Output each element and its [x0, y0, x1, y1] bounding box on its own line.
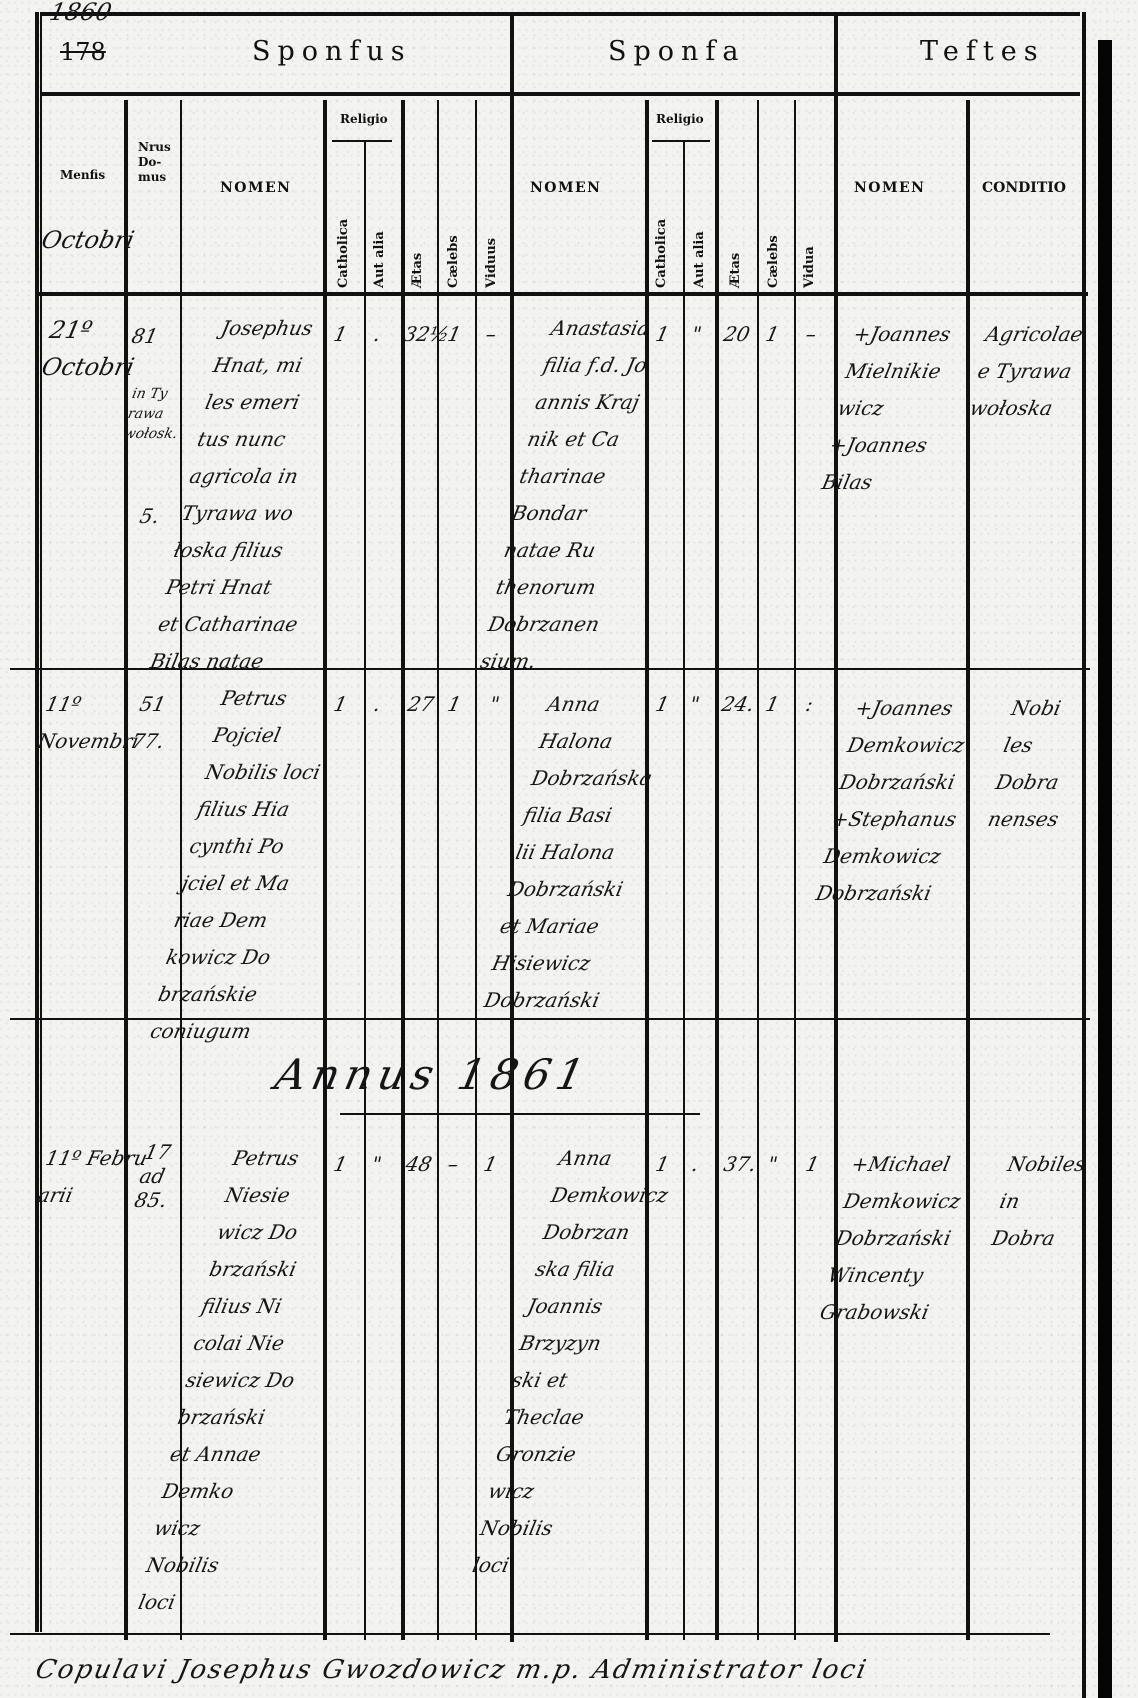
col-sponsa-catholica: Catholica — [654, 219, 669, 288]
record-sponsus-viduus: " — [486, 686, 503, 723]
sponsa-religio-rule — [652, 140, 710, 142]
record-testes-conditio: Nobi les Dobra nenses — [984, 690, 1085, 838]
header-month: Octobri — [38, 222, 138, 259]
record-sponsus-caelebs: – — [444, 1146, 462, 1183]
top-rule — [40, 12, 1080, 16]
record-sponsa-aut-alia: . — [688, 1146, 702, 1183]
col-sponsus-viduus: Viduus — [484, 238, 499, 288]
col-sponsa-aut-alia: Aut alia — [692, 231, 707, 288]
col-sponsus-caelebs: Cælebs — [446, 235, 461, 288]
record-domus-note: in Ty rawa wołosk. — [122, 384, 188, 444]
col-testes-conditio: CONDITIO — [982, 180, 1066, 196]
record-sponsus-caelebs: 1 — [444, 686, 465, 723]
record-sponsa-aetas: 24. — [718, 686, 758, 723]
record-sponsus-aetas: 27 — [404, 686, 437, 723]
record-sponsa-aut-alia: " — [686, 686, 703, 723]
record-testes-conditio: Nobiles in Dobra — [988, 1146, 1089, 1257]
record-sponsa-vidua: 1 — [802, 1146, 823, 1183]
col-sponsus-catholica: Catholica — [336, 219, 351, 288]
page-number-struck: 178 — [60, 38, 106, 66]
section-header-rule — [40, 92, 1080, 96]
record-sponsus-aut-alia: . — [370, 316, 384, 353]
record-sponsus-viduus: 1 — [480, 1146, 501, 1183]
record-sponsus-aut-alia: . — [370, 686, 384, 723]
sponsus-caelebs-divider — [475, 100, 477, 1640]
record-domus-extra: 5. — [136, 498, 163, 535]
year-divider: Annus 1861 — [271, 1050, 595, 1100]
sponsa-aetas-divider — [757, 100, 759, 1640]
record-sponsa-aetas: 37. — [720, 1146, 760, 1183]
sponsus-religio-rule — [332, 140, 392, 142]
sponsus-catholica-divider — [364, 140, 366, 1640]
record-sponsa-aetas: 20 — [720, 316, 753, 353]
record-sponsa-caelebs: 1 — [762, 686, 783, 723]
section-sponsus: Sponfus — [252, 36, 412, 67]
record-testes-nomen: +Michael Demkowicz Dobrzański Wincenty G… — [816, 1146, 972, 1331]
record-testes-nomen: +Joannes Demkowicz Dobrzański +Stephanus… — [812, 690, 983, 912]
footer-signature: Copulavi Josephus Gwozdowicz m.p. Admini… — [32, 1652, 871, 1689]
frame-right-line — [1082, 12, 1086, 1698]
record-sponsus-nomen: Petrus Niesie wicz Do brzański filius Ni… — [135, 1140, 345, 1621]
binding-edge — [1098, 40, 1112, 1698]
section-testes: Teftes — [920, 36, 1045, 67]
record-sponsus-aut-alia: " — [368, 1146, 385, 1183]
col-sponsa-religio: Religio — [656, 112, 704, 127]
sponsa-religio-divider — [715, 100, 719, 1640]
col-sponsa-aetas: Ætas — [728, 253, 743, 288]
record-sponsa-caelebs: " — [764, 1146, 781, 1183]
col-sponsa-vidua: Vidua — [802, 246, 817, 288]
record-sponsus-aetas: 48 — [402, 1146, 435, 1183]
page-number-year: 1860 — [46, 0, 115, 31]
record-sponsa-aut-alia: " — [688, 316, 705, 353]
record-sponsus-viduus: – — [482, 316, 500, 353]
record-sponsa-nomen: Anastasia filia f.d. Jo annis Kraj nik e… — [477, 310, 666, 680]
col-sponsus-aut-alia: Aut alia — [372, 231, 387, 288]
column-header-rule — [38, 292, 1088, 296]
col-nrus-domus: Nrus Do- mus — [138, 140, 171, 185]
col-mensis: Menfis — [60, 168, 105, 183]
bottom-rule — [10, 1633, 1050, 1635]
record-sponsa-vidua: – — [802, 316, 820, 353]
record-sponsa-caelebs: 1 — [762, 316, 783, 353]
col-sponsus-nomen: NOMEN — [220, 180, 291, 196]
testes-nomen-divider — [966, 100, 970, 1640]
section-sponsa: Sponfa — [608, 36, 746, 67]
col-testes-nomen: NOMEN — [854, 180, 925, 196]
col-sponsa-nomen: NOMEN — [530, 180, 601, 196]
record-sponsa-vidua: : — [802, 686, 817, 723]
col-sponsa-caelebs: Cælebs — [766, 235, 781, 288]
record-sponsus-nomen: Petrus Pojciel Nobilis loci filius Hia c… — [147, 680, 340, 1050]
register-page: 1860 178 Sponfus Sponfa Teftes Menfis Nr… — [0, 0, 1138, 1698]
col-sponsus-religio: Religio — [340, 112, 388, 127]
record-testes-nomen: +Joannes Mielnikie wicz +Joannes Bilas — [818, 316, 954, 501]
sponsa-caelebs-divider — [794, 100, 796, 1640]
record-testes-conditio: Agricolae e Tyrawa wołoska — [966, 316, 1086, 427]
sponsa-catholica-divider — [683, 140, 685, 1640]
col-sponsus-aetas: Ætas — [410, 253, 425, 288]
